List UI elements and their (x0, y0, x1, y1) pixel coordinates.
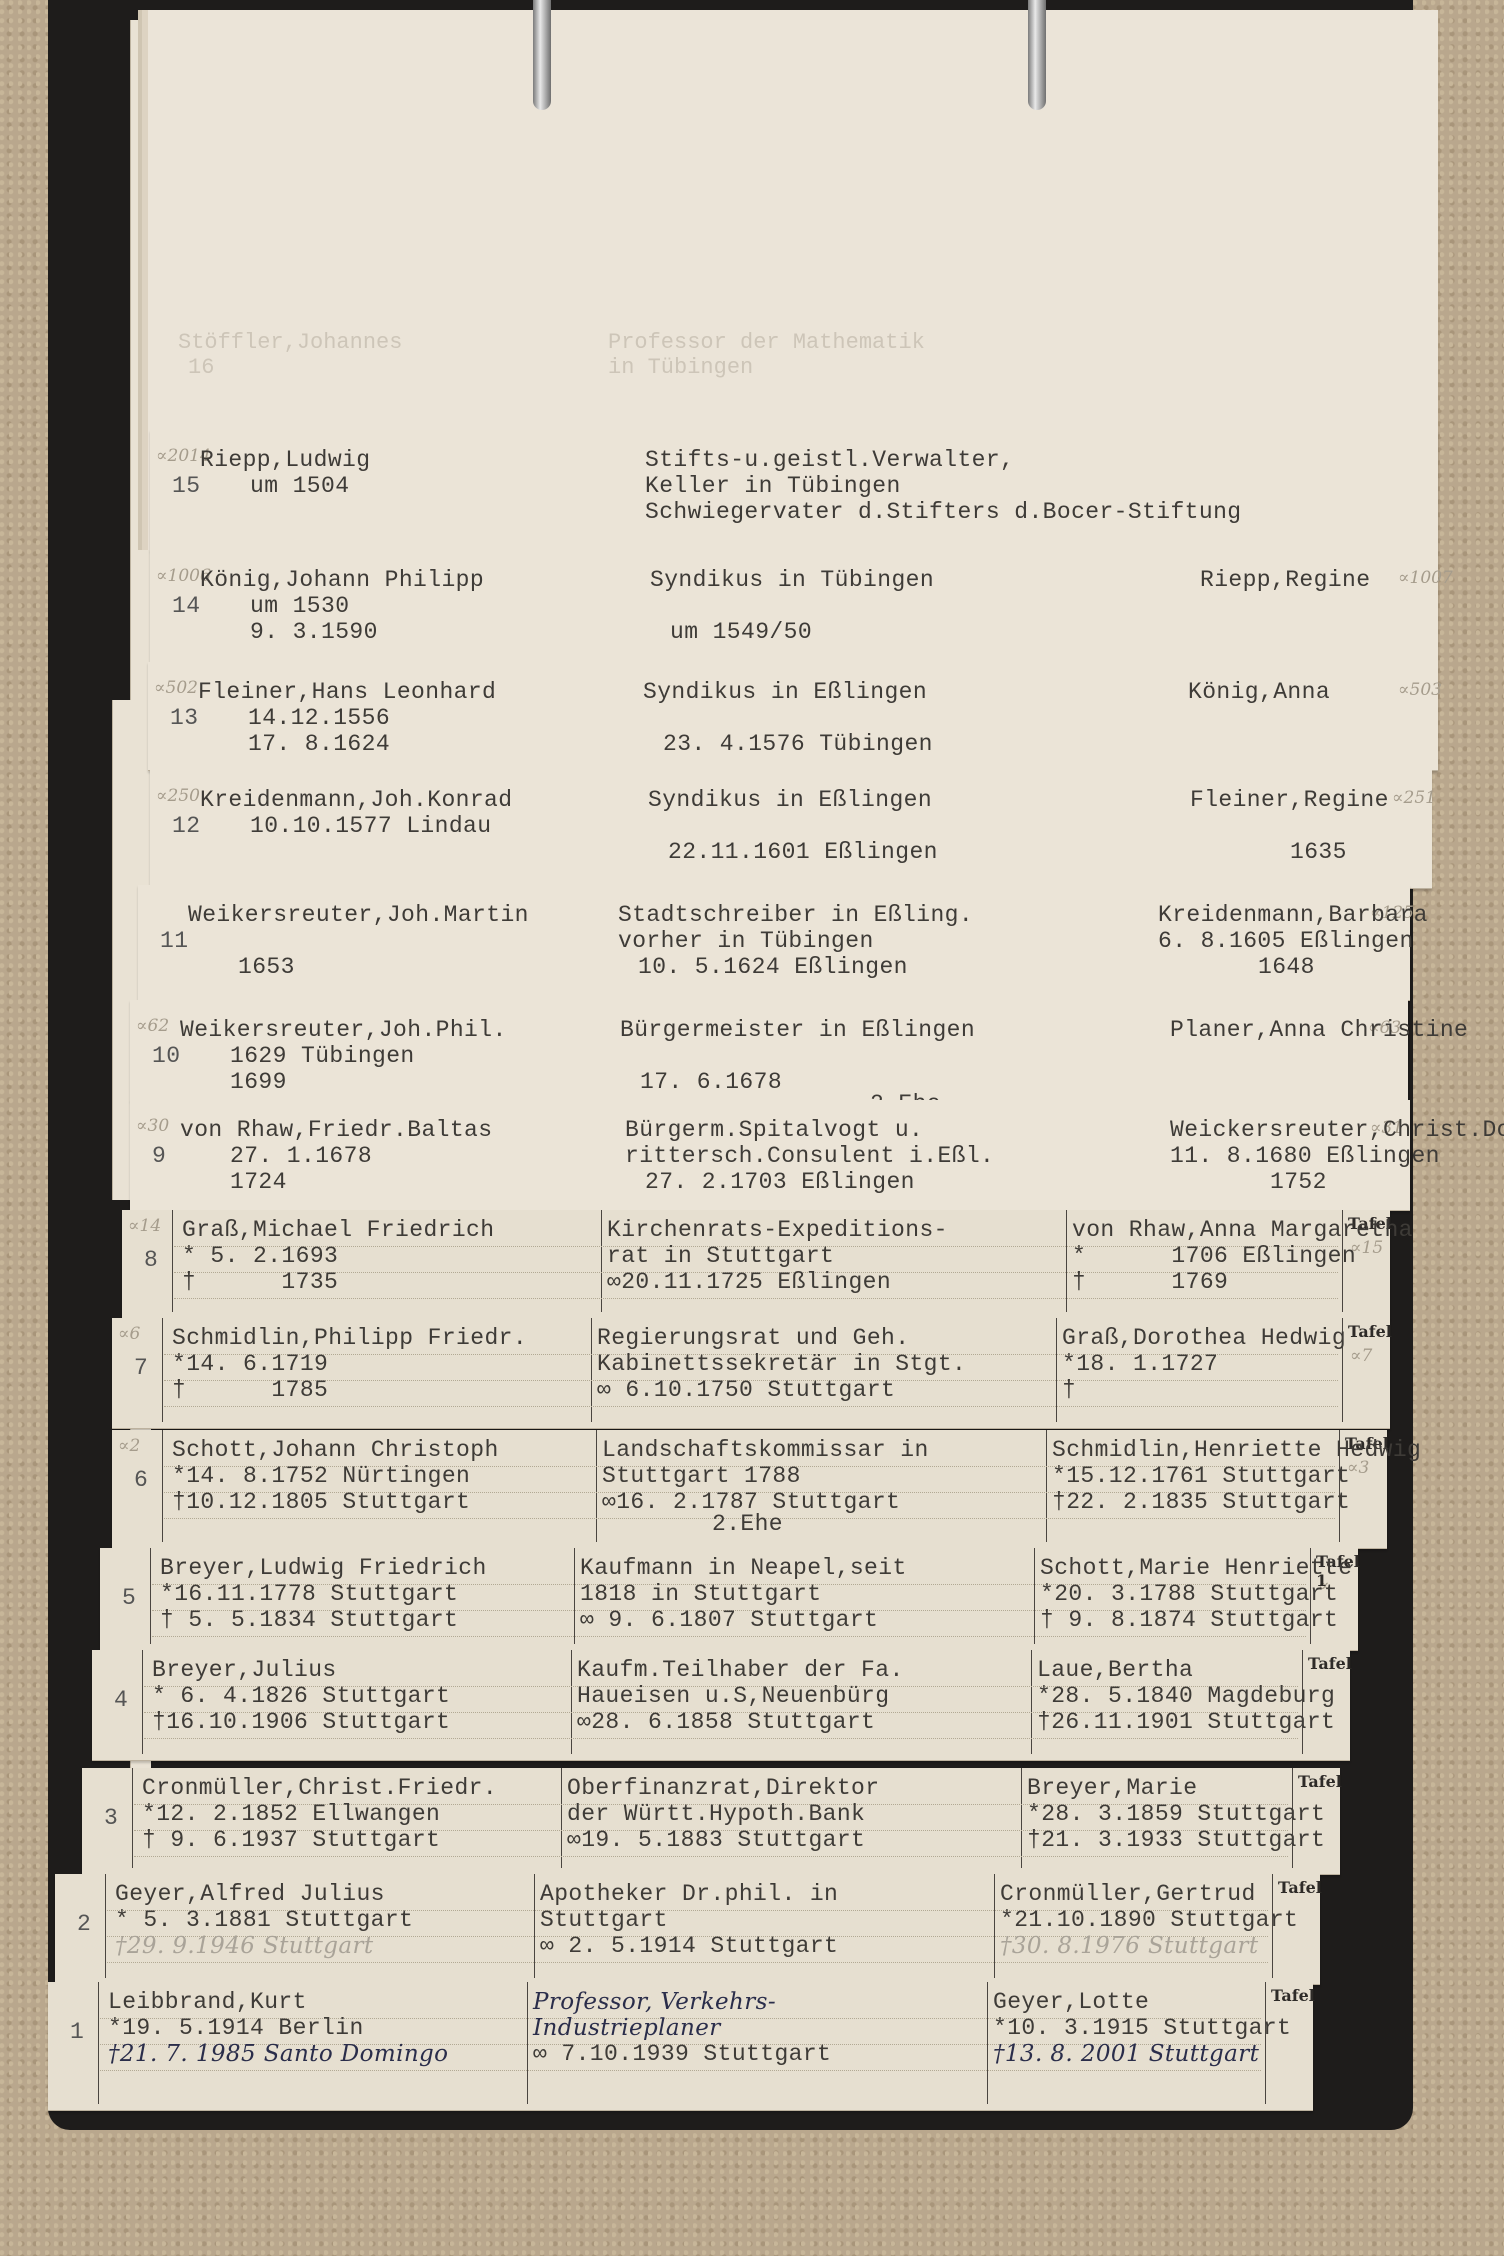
birth-date: *14. 6.1719 (172, 1352, 328, 1377)
spouse-name: Kreidenmann,Barbara (1158, 903, 1428, 928)
tafel-label: Tafel (1271, 1986, 1315, 2005)
occupation-line: Regierungsrat und Geh. (597, 1326, 909, 1351)
birth-date: *16.11.1778 Stuttgart (160, 1582, 458, 1607)
death-date: 1724 (230, 1170, 287, 1195)
occupation-line: Kirchenrats-Expeditions- (607, 1218, 948, 1243)
spouse-name: Geyer,Lotte (993, 1990, 1149, 2015)
generation-number: 13 (170, 706, 198, 731)
ancestor-number-left: ∝250 (156, 786, 200, 806)
card-column-divider (105, 1874, 106, 1978)
spouse-name: Planer,Anna Christine (1170, 1018, 1468, 1043)
spouse-death-date: †13. 8. 2001 Stuttgart (993, 2042, 1259, 2067)
spouse-name: von Rhaw,Anna Margaretha (1072, 1218, 1413, 1243)
ancestor-card[interactable]: ∝502∝50313Fleiner,Hans Leonhard14.12.155… (148, 662, 1438, 771)
occupation-line: Keller in Tübingen (645, 474, 901, 499)
spouse-name: Weickersreuter,Christ.Dorot (1170, 1118, 1504, 1143)
tafel-label: Tafel (1298, 1772, 1342, 1791)
person-name: Cronmüller,Christ.Friedr. (142, 1776, 497, 1801)
spouse-name: Breyer,Marie (1027, 1776, 1197, 1801)
card-column-divider (574, 1548, 575, 1644)
person-name: Weikersreuter,Joh.Phil. (180, 1018, 507, 1043)
spouse-death-date: †21. 3.1933 Stuttgart (1027, 1828, 1325, 1853)
spouse-name: Schmidlin,Henriette Hedwig (1052, 1438, 1421, 1463)
ruled-line (107, 1962, 1268, 1963)
ancestor-card[interactable]: ∝62∝6310Weikersreuter,Joh.Phil.1629 Tübi… (130, 1000, 1408, 1101)
generation-number: 14 (172, 594, 200, 619)
birth-date: 14.12.1556 (248, 706, 390, 731)
occupation-line: der Württ.Hypoth.Bank (567, 1802, 865, 1827)
card-column-divider (1265, 1982, 1266, 2104)
ancestor-number-right: ∝251 (1392, 788, 1436, 808)
occupation-line: Syndikus in Eßlingen (643, 680, 927, 705)
death-date: † 1785 (172, 1378, 328, 1403)
ruled-line (134, 1856, 1288, 1857)
spouse-birth-date: *15.12.1761 Stuttgart (1052, 1464, 1350, 1489)
spouse-name: Graß,Dorothea Hedwig (1062, 1326, 1346, 1351)
death-date: † 5. 5.1834 Stuttgart (160, 1608, 458, 1633)
generation-number: 3 (104, 1806, 118, 1831)
occupation-line: Stuttgart 1788 (602, 1464, 801, 1489)
card-column-divider (561, 1768, 562, 1868)
ruled-line (100, 2070, 1261, 2071)
card-column-divider (150, 1548, 151, 1644)
card-column-divider (162, 1430, 163, 1542)
spouse-name: König,Anna (1188, 680, 1330, 705)
ancestor-card[interactable]: Tafel3Cronmüller,Christ.Friedr.*12. 2.18… (82, 1768, 1340, 1875)
spouse-name: Schott,Marie Henriette (1040, 1556, 1352, 1581)
ghost-card-generation: 16 (188, 355, 214, 380)
spouse-birth-date: 11. 8.1680 Eßlingen (1170, 1144, 1440, 1169)
person-name: Geyer,Alfred Julius (115, 1882, 385, 1907)
spouse-birth-date: *28. 3.1859 Stuttgart (1027, 1802, 1325, 1827)
card-column-divider (142, 1650, 143, 1754)
ancestor-card[interactable]: Tafel4Breyer,Julius* 6. 4.1826 Stuttgart… (92, 1650, 1350, 1761)
spouse-death-date: † 1769 (1072, 1270, 1228, 1295)
ancestor-number-left: ∝6 (118, 1324, 140, 1344)
ancestor-number-left: ∝62 (136, 1016, 169, 1036)
person-name: Breyer,Julius (152, 1658, 337, 1683)
occupation-line: Kaufm.Teilhaber der Fa. (577, 1658, 904, 1683)
marriage-date: 10. 5.1624 Eßlingen (638, 955, 908, 980)
ancestor-card[interactable]: ∝201415Riepp,Ludwigum 1504Stifts-u.geist… (150, 430, 1438, 551)
ancestor-card[interactable]: ∝1006∝100714König,Johann Philippum 15309… (150, 550, 1438, 663)
occupation-line: Industrieplaner (533, 2016, 721, 2041)
marriage-note: 2.Ehe (712, 1512, 783, 1537)
person-name: Riepp,Ludwig (200, 448, 370, 473)
ghost-card-occupation: in Tübingen (608, 355, 753, 380)
ruled-line (174, 1298, 1338, 1299)
ancestor-card[interactable]: ∝250∝25112Kreidenmann,Joh.Konrad10.10.15… (150, 770, 1432, 889)
occupation-line: rittersch.Consulent i.Eßl. (625, 1144, 994, 1169)
ancestor-card[interactable]: ∝14∝15Tafel8Graß,Michael Friedrich* 5. 2… (122, 1210, 1390, 1319)
ruled-line (164, 1406, 1338, 1407)
card-column-divider (527, 1982, 528, 2104)
birth-date: *12. 2.1852 Ellwangen (142, 1802, 440, 1827)
person-name: Graß,Michael Friedrich (182, 1218, 494, 1243)
death-date: †16.10.1906 Stuttgart (152, 1710, 450, 1735)
spouse-death-date: †22. 2.1835 Stuttgart (1052, 1490, 1350, 1515)
marriage-date: um 1549/50 (670, 620, 812, 645)
generation-number: 1 (70, 2020, 84, 2045)
spouse-birth-date: *20. 3.1788 Stuttgart (1040, 1582, 1338, 1607)
card-column-divider (596, 1430, 597, 1542)
ancestor-card[interactable]: Tafel1Leibbrand,Kurt*19. 5.1914 Berlin†2… (48, 1982, 1313, 2111)
death-date: 1699 (230, 1070, 287, 1095)
marriage-date: 23. 4.1576 Tübingen (663, 732, 933, 757)
occupation-line: Stadtschreiber in Eßling. (618, 903, 973, 928)
birth-date: um 1530 (250, 594, 349, 619)
card-column-divider (1046, 1430, 1047, 1542)
spouse-death-date: †26.11.1901 Stuttgart (1037, 1710, 1335, 1735)
person-name: König,Johann Philipp (200, 568, 484, 593)
ancestor-card[interactable]: ∝Tafel 15Breyer,Ludwig Friedrich*16.11.1… (100, 1548, 1358, 1651)
death-date: 17. 8.1624 (248, 732, 390, 757)
occupation-line: Kabinettssekretär in Stgt. (597, 1352, 966, 1377)
tafel-label: Tafel (1348, 1322, 1392, 1341)
marriage-date: ∞19. 5.1883 Stuttgart (567, 1828, 865, 1853)
ancestor-card[interactable]: Tafel2Geyer,Alfred Julius* 5. 3.1881 Stu… (55, 1874, 1320, 1985)
death-date: 9. 3.1590 (250, 620, 378, 645)
marriage-date: ∞ 6.10.1750 Stuttgart (597, 1378, 895, 1403)
birth-date: *14. 8.1752 Nürtingen (172, 1464, 470, 1489)
card-column-divider (1066, 1210, 1067, 1312)
spouse-birth-date: 6. 8.1605 Eßlingen (1158, 929, 1414, 954)
death-date: †29. 9.1946 Stuttgart (115, 1934, 374, 1959)
ancestor-number-right: ∝503 (1398, 680, 1442, 700)
occupation-line: Oberfinanzrat,Direktor (567, 1776, 879, 1801)
spouse-death-date: †30. 8.1976 Stuttgart (1000, 1934, 1259, 1959)
ancestor-number-left: ∝2 (118, 1436, 140, 1456)
ghost-card-name: Stöffler,Johannes (178, 330, 402, 355)
death-date: 1653 (238, 955, 295, 980)
occupation-line: Bürgerm.Spitalvogt u. (625, 1118, 923, 1143)
spouse-name: Fleiner,Regine (1190, 788, 1389, 813)
ancestor-number-right: ∝1007 (1398, 568, 1453, 588)
person-name: Leibbrand,Kurt (108, 1990, 307, 2015)
birth-date: 10.10.1577 Lindau (250, 814, 491, 839)
generation-number: 10 (152, 1044, 180, 1069)
generation-number: 15 (172, 474, 200, 499)
generation-number: 6 (134, 1468, 148, 1493)
generation-number: 9 (152, 1144, 166, 1169)
spouse-birth-date: *10. 3.1915 Stuttgart (993, 2016, 1291, 2041)
ghost-card-occupation: Professor der Mathematik (608, 330, 925, 355)
card-column-divider (1021, 1768, 1022, 1868)
occupation-line: rat in Stuttgart (607, 1244, 834, 1269)
ancestor-number-left: ∝30 (136, 1116, 169, 1136)
death-date: †21. 7. 1985 Santo Domingo (108, 2042, 448, 2067)
spouse-birth-date: * 1706 Eßlingen (1072, 1244, 1356, 1269)
generation-number: 12 (172, 814, 200, 839)
spouse-birth-date: *28. 5.1840 Magdeburg (1037, 1684, 1335, 1709)
ancestor-card[interactable]: ∝12511Weikersreuter,Joh.Martin1653Stadts… (138, 885, 1410, 1001)
ancestor-number-right: ∝7 (1350, 1346, 1372, 1366)
occupation-line: vorher in Tübingen (618, 929, 874, 954)
birth-date: * 5. 3.1881 Stuttgart (115, 1908, 413, 1933)
person-name: von Rhaw,Friedr.Baltas (180, 1118, 492, 1143)
spouse-birth-date: *21.10.1890 Stuttgart (1000, 1908, 1298, 1933)
occupation-line: Professor, Verkehrs- (533, 1990, 776, 2015)
marriage-date: 22.11.1601 Eßlingen (668, 840, 938, 865)
marriage-date: ∞ 7.10.1939 Stuttgart (533, 2042, 831, 2067)
person-name: Breyer,Ludwig Friedrich (160, 1556, 487, 1581)
birth-date: * 6. 4.1826 Stuttgart (152, 1684, 450, 1709)
spouse-name: Cronmüller,Gertrud (1000, 1882, 1256, 1907)
birth-date: * 5. 2.1693 (182, 1244, 338, 1269)
marriage-date: ∞ 9. 6.1807 Stuttgart (580, 1608, 878, 1633)
spouse-death-date: † 9. 8.1874 Stuttgart (1040, 1608, 1338, 1633)
occupation-line: Syndikus in Tübingen (650, 568, 934, 593)
ancestor-card[interactable]: ∝30∝319von Rhaw,Friedr.Baltas27. 1.16781… (130, 1100, 1410, 1211)
generation-number: 4 (114, 1688, 128, 1713)
occupation-line: Stifts-u.geistl.Verwalter, (645, 448, 1014, 473)
generation-number: 11 (160, 929, 188, 954)
person-name: Schott,Johann Christoph (172, 1438, 499, 1463)
spouse-death-date: † (1062, 1378, 1076, 1403)
card-column-divider (162, 1318, 163, 1422)
occupation-line: Bürgermeister in Eßlingen (620, 1018, 975, 1043)
spouse-name: Laue,Bertha (1037, 1658, 1193, 1683)
birth-date: um 1504 (250, 474, 349, 499)
card-column-divider (601, 1210, 602, 1312)
marriage-date: 27. 2.1703 Eßlingen (645, 1170, 915, 1195)
occupation-line: Haueisen u.S,Neuenbürg (577, 1684, 889, 1709)
ancestor-number-left: ∝14 (128, 1216, 161, 1236)
occupation-line: Kaufmann in Neapel,seit (580, 1556, 907, 1581)
marriage-date: ∞ 2. 5.1914 Stuttgart (540, 1934, 838, 1959)
spouse-death-date: 1752 (1270, 1170, 1327, 1195)
binder-ring-left (533, 0, 551, 110)
ancestor-number-left: ∝502 (154, 678, 198, 698)
tafel-label: Tafel (1278, 1878, 1322, 1897)
ruled-line (144, 1738, 1298, 1739)
spouse-name: Riepp,Regine (1200, 568, 1370, 593)
person-name: Kreidenmann,Joh.Konrad (200, 788, 512, 813)
binder-ring-right (1028, 0, 1046, 110)
ancestor-card[interactable]: ∝6∝7Tafel7Schmidlin,Philipp Friedr.*14. … (112, 1318, 1390, 1429)
card-column-divider (98, 1982, 99, 2104)
marriage-date: ∞28. 6.1858 Stuttgart (577, 1710, 875, 1735)
spouse-death-date: 1635 (1290, 840, 1347, 865)
death-date: † 1735 (182, 1270, 338, 1295)
birth-date: 1629 Tübingen (230, 1044, 415, 1069)
ancestor-card[interactable]: ∝2∝3Tafel6Schott,Johann Christoph*14. 8.… (112, 1430, 1387, 1549)
occupation-line: Landschaftskommissar in (602, 1438, 929, 1463)
marriage-date: 17. 6.1678 (640, 1070, 782, 1095)
occupation-line: Syndikus in Eßlingen (648, 788, 932, 813)
marriage-date: ∞20.11.1725 Eßlingen (607, 1270, 891, 1295)
card-column-divider (172, 1210, 173, 1312)
generation-number: 7 (134, 1356, 148, 1381)
tafel-label: Tafel (1308, 1654, 1352, 1673)
occupation-line: Apotheker Dr.phil. in (540, 1882, 838, 1907)
person-name: Schmidlin,Philipp Friedr. (172, 1326, 527, 1351)
card-column-divider (1034, 1548, 1035, 1644)
death-date: † 9. 6.1937 Stuttgart (142, 1828, 440, 1853)
occupation-line: Stuttgart (540, 1908, 668, 1933)
occupation-line: Schwiegervater d.Stifters d.Bocer-Stiftu… (645, 500, 1242, 525)
person-name: Fleiner,Hans Leonhard (198, 680, 496, 705)
spouse-death-date: 1648 (1258, 955, 1315, 980)
card-column-divider (987, 1982, 988, 2104)
death-date: †10.12.1805 Stuttgart (172, 1490, 470, 1515)
generation-number: 5 (122, 1586, 136, 1611)
person-name: Weikersreuter,Joh.Martin (188, 903, 529, 928)
generation-number: 8 (144, 1248, 158, 1273)
birth-date: 27. 1.1678 (230, 1144, 372, 1169)
generation-number: 2 (77, 1912, 91, 1937)
birth-date: *19. 5.1914 Berlin (108, 2016, 364, 2041)
occupation-line: 1818 in Stuttgart (580, 1582, 821, 1607)
card-column-divider (132, 1768, 133, 1868)
ruled-line (152, 1636, 1306, 1637)
spouse-birth-date: *18. 1.1727 (1062, 1352, 1218, 1377)
